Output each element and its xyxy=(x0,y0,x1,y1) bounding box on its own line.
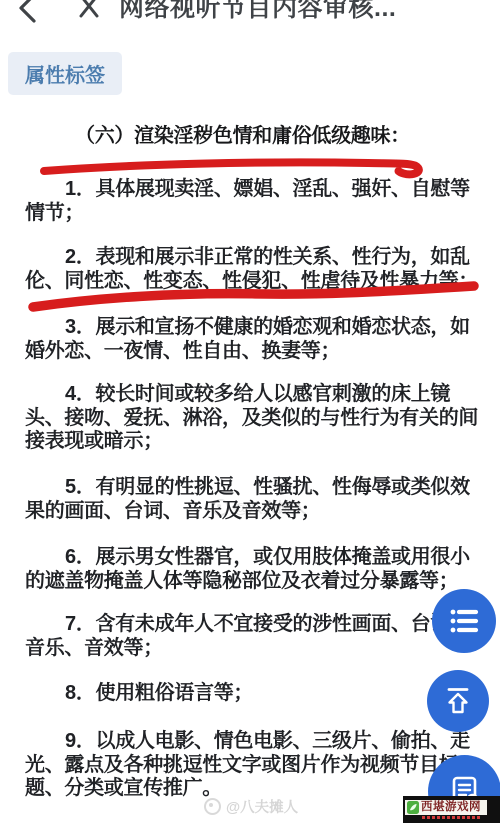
fab-list-button[interactable] xyxy=(432,589,496,653)
rule-line: 2．表现和展示非正常的性关系、性行为，如乱 xyxy=(25,246,487,270)
rule-line: 4．较长时间或较多给人以感官刺激的床上镜 xyxy=(25,383,487,407)
corner-site-name: 西堪游戏网 xyxy=(421,800,481,815)
topbar: 网络视听节目内容审核... xyxy=(0,0,500,42)
close-icon[interactable] xyxy=(77,0,101,20)
screen: 网络视听节目内容审核... 属性标签 （六）渲染淫秽色情和庸俗低级趣味： 1．具… xyxy=(0,0,500,823)
watermark-mid: @八夫摊人 xyxy=(212,497,306,518)
rule-line: 1．具体展现卖淫、嫖娼、淫乱、强奸、自慰等 xyxy=(25,178,487,202)
marker-underline-heading xyxy=(44,162,419,174)
rule-line: 的遮盖物掩盖人体等隐秘部位及衣着过分暴露等； xyxy=(25,570,487,594)
rule-item-4: 4．较长时间或较多给人以感官刺激的床上镜 头、接吻、爱抚、淋浴，及类似的与性行为… xyxy=(25,383,487,454)
rule-line: 接表现或暗示； xyxy=(25,430,487,454)
rule-item-7: 7．含有未成年人不宜接受的涉性画面、台词、 音乐、音效等； xyxy=(25,613,487,660)
rule-line: 婚外恋、一夜情、性自由、换妻等； xyxy=(25,340,487,364)
rule-item-9: 9．以成人电影、情色电影、三级片、偷拍、走 光、露点及各种挑逗性文字或图片作为视… xyxy=(25,730,487,801)
rule-line: 3．展示和宣扬不健康的婚恋观和婚恋状态，如 xyxy=(25,316,487,340)
list-icon xyxy=(448,607,480,635)
attribute-tag-button[interactable]: 属性标签 xyxy=(8,52,122,95)
attribute-tag-label: 属性标签 xyxy=(25,59,105,88)
leaf-logo-icon xyxy=(407,801,419,814)
rule-line: 8．使用粗俗语言等； xyxy=(25,682,487,706)
rule-item-2: 2．表现和展示非正常的性关系、性行为，如乱 伦、同性恋、性变态、性侵犯、性虐待及… xyxy=(25,246,487,293)
back-icon[interactable] xyxy=(14,0,40,23)
rule-item-1: 1．具体展现卖淫、嫖娼、淫乱、强奸、自慰等 情节； xyxy=(25,178,487,225)
fab-back-to-top-button[interactable] xyxy=(427,670,489,732)
watermark-text: @八夫摊人 xyxy=(234,497,306,518)
corner-small-text xyxy=(422,816,480,819)
rule-item-8: 8．使用粗俗语言等； xyxy=(25,682,487,706)
rule-item-6: 6．展示男女性器官，或仅用肢体掩盖或用很小 的遮盖物掩盖人体等隐秘部位及衣着过分… xyxy=(25,546,487,593)
rule-line: 9．以成人电影、情色电影、三级片、偷拍、走 xyxy=(25,730,487,754)
rule-line: 光、露点及各种挑逗性文字或图片作为视频节目标 xyxy=(25,754,487,778)
rule-line: 6．展示男女性器官，或仅用肢体掩盖或用很小 xyxy=(25,546,487,570)
watermark-text: @八夫摊人 xyxy=(226,796,298,817)
rule-line: 头、接吻、爱抚、淋浴，及类似的与性行为有关的间 xyxy=(25,407,487,431)
rule-line: 5．有明显的性挑逗、性骚扰、性侮辱或类似效 xyxy=(25,476,487,500)
watermark-logo-icon xyxy=(212,499,229,516)
rule-item-3: 3．展示和宣扬不健康的婚恋观和婚恋状态，如 婚外恋、一夜情、性自由、换妻等； xyxy=(25,316,487,363)
back-to-top-icon xyxy=(443,686,473,716)
rule-line: 7．含有未成年人不宜接受的涉性画面、台词、 xyxy=(25,613,487,637)
page-title: 网络视听节目内容审核... xyxy=(119,0,396,24)
rule-line: 伦、同性恋、性变态、性侵犯、性虐待及性暴力等； xyxy=(25,270,487,294)
section-heading: （六）渲染淫秽色情和庸俗低级趣味： xyxy=(25,124,500,148)
watermark-bottom: @八夫摊人 xyxy=(204,796,298,817)
corner-watermark: 西堪游戏网 xyxy=(403,796,500,823)
watermark-logo-icon xyxy=(204,798,221,815)
rule-line: 音乐、音效等； xyxy=(25,637,487,661)
rule-line: 情节； xyxy=(25,202,487,226)
